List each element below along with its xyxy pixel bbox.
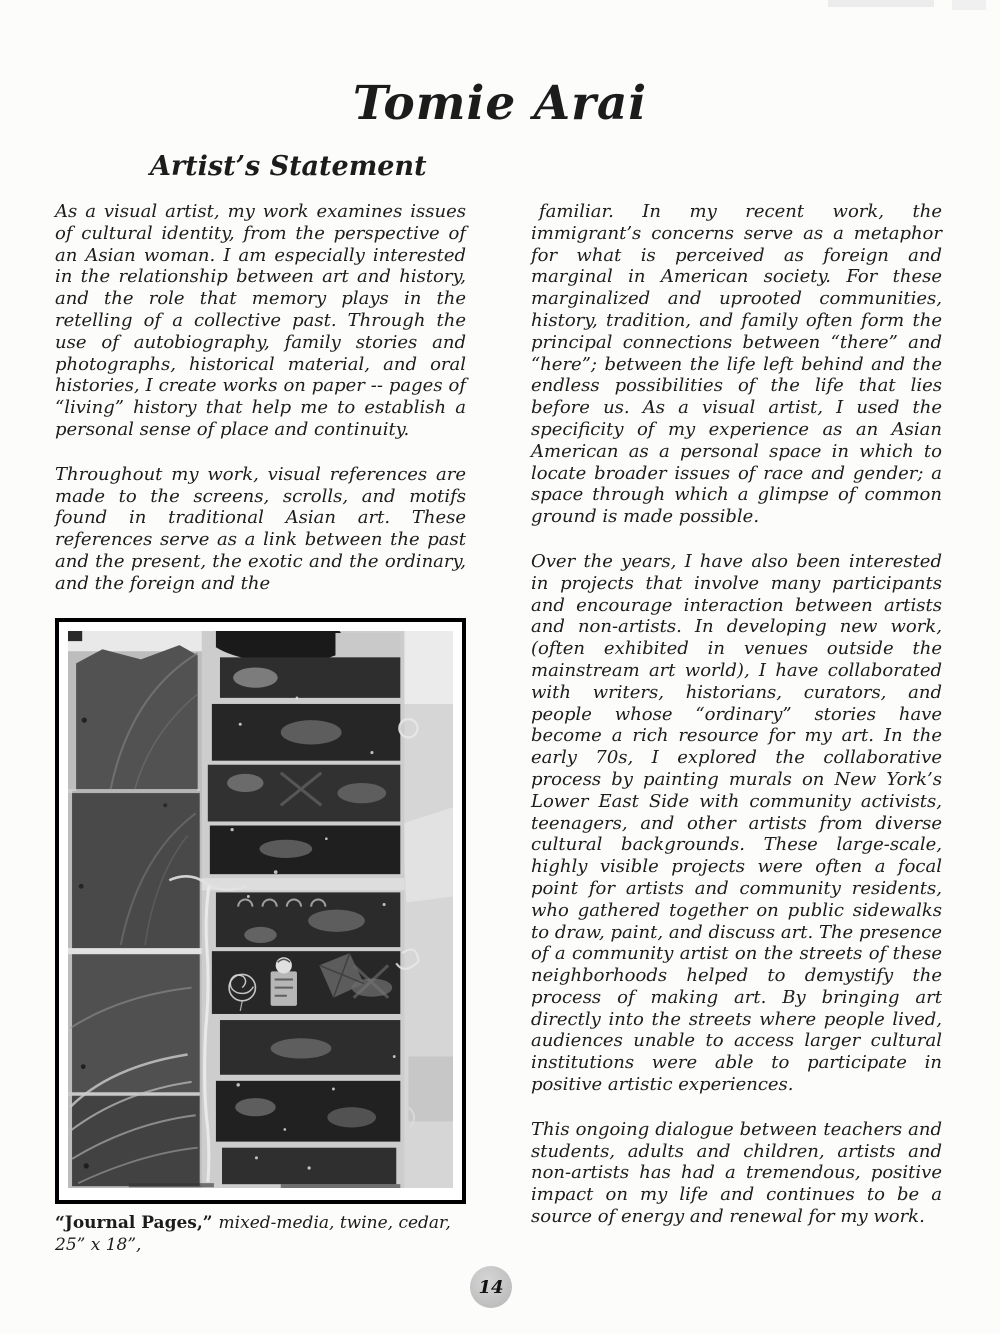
artwork-frame <box>55 618 466 1204</box>
paragraph: This ongoing dialogue between teachers a… <box>531 1119 942 1228</box>
artwork-caption: “Journal Pages,”mixed-media, twine, ceda… <box>55 1213 466 1257</box>
document-page: Tomie Arai Artist’s Statement As a visua… <box>0 0 1000 1334</box>
page-title: Tomie Arai <box>0 76 1000 131</box>
paragraph: As a visual artist, my work examines iss… <box>55 201 466 441</box>
two-column-layout: As a visual artist, my work examines iss… <box>55 201 942 1256</box>
section-heading: Artist’s Statement <box>150 151 427 182</box>
page-number: 14 <box>478 1277 503 1298</box>
paragraph: familiar. In my recent work, the immigra… <box>531 201 942 528</box>
scan-artifact <box>828 0 934 7</box>
paragraph: Over the years, I have also been interes… <box>531 551 942 1096</box>
paragraph: Throughout my work, visual references ar… <box>55 464 466 595</box>
artwork-figure: “Journal Pages,”mixed-media, twine, ceda… <box>55 618 466 1257</box>
artwork-photo <box>68 631 453 1188</box>
left-column: As a visual artist, my work examines iss… <box>55 201 466 1256</box>
artwork-caption-title: “Journal Pages,” <box>55 1213 213 1233</box>
page-number-badge: 14 <box>470 1266 512 1308</box>
right-column: familiar. In my recent work, the immigra… <box>531 201 942 1256</box>
scan-artifact <box>952 0 986 10</box>
